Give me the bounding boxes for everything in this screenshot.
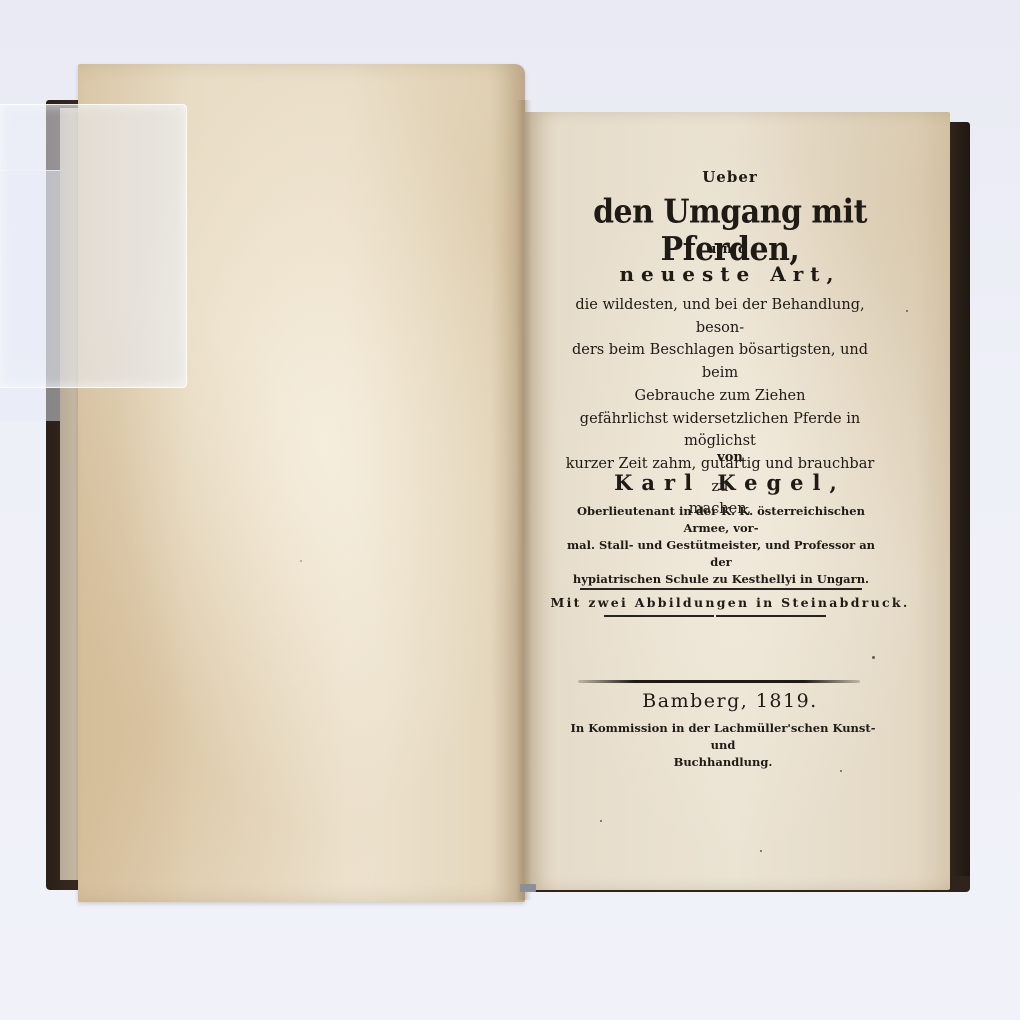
rule-below-plates-right [716, 615, 826, 617]
paper-speck [600, 820, 602, 822]
headband [520, 884, 536, 892]
paper-speck [906, 310, 908, 312]
author-title-line: mal. Stall- und Gestütmeister, und Profe… [560, 537, 882, 571]
publisher-line: Buchhandlung. [558, 754, 888, 771]
subtitle-head: neueste Art, [540, 262, 920, 286]
description-line: die wildesten, und bei der Behandlung, b… [560, 294, 880, 339]
rule-below-plates-left [604, 615, 714, 617]
publisher-line: In Kommission in der Lachmüller'schen Ku… [558, 720, 888, 754]
rule-above-plates [580, 588, 862, 590]
description-line: ders beim Beschlagen bösartigsten, und b… [560, 339, 880, 384]
paper-speck [872, 656, 875, 659]
main-title: den Umgang mit Pferden, [540, 193, 920, 269]
conjunction: und [540, 242, 920, 257]
author-titles: Oberlieutenant in der K. K. österreichis… [560, 503, 882, 588]
publisher: In Kommission in der Lachmüller'schen Ku… [558, 720, 888, 771]
description-line: gefährlichst widersetzlichen Pferde in m… [560, 408, 880, 453]
pre-title: Ueber [540, 168, 920, 186]
acrylic-page-holder [0, 104, 187, 388]
author-title-line: hypiatrischen Schule zu Kesthellyi in Un… [560, 571, 882, 588]
place-year: Bamberg, 1819. [540, 690, 920, 712]
paper-speck [760, 850, 762, 852]
rule-above-imprint [578, 680, 860, 683]
paper-speck [300, 560, 302, 562]
plates-note: Mit zwei Abbildungen in Steinabdruck. [540, 595, 920, 610]
description-line: Gebrauche zum Ziehen [560, 385, 880, 408]
book-gutter [516, 100, 532, 900]
book-photo: Ueber den Umgang mit Pferden, und neuest… [0, 0, 1020, 1020]
author-name: Karl Kegel, [540, 470, 920, 495]
by-label: von [540, 450, 920, 465]
author-title-line: Oberlieutenant in der K. K. österreichis… [560, 503, 882, 537]
